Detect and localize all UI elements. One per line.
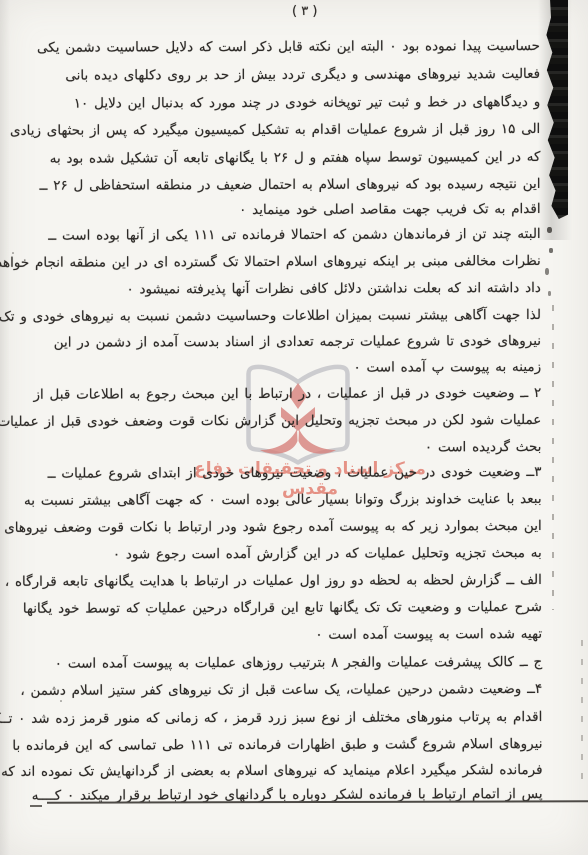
- text-line: این مبحث بموارد زیر که به پیوست آمده رجو…: [0, 516, 542, 538]
- text-line: الف ــ گزارش لحظه به لحظه دو روز اول عمل…: [5, 570, 542, 592]
- scanned-document-page: مرکز اسناد و تحقیقات دفاع مقدس ( ۳ ) حسا…: [0, 0, 588, 855]
- text-line: البته چند تن از فرماندهان دشمن که احتمال…: [48, 224, 540, 246]
- text-line: نیروهای خودی تا شروع عملیات ترجمه تعدادی…: [54, 331, 541, 353]
- text-line: ۴ــ وضعیت دشمن درحین عملیات، یک ساعت قبل…: [20, 679, 542, 701]
- text-line: فعالیت شدید نیروهای مهندسی و دیگری تردد …: [65, 64, 540, 86]
- text-line: نیروهای اسلام شروع گشت و طبق اظهارات فرم…: [12, 734, 542, 756]
- text-line: فرمانده لشکر میگیرد اعلام مینماید که نیر…: [1, 760, 542, 782]
- text-line: ۳ــ وضعیت خودی در حین عملیات ، وضعیت نیر…: [48, 462, 542, 484]
- text-line: بحث گردیده است ۰: [425, 437, 542, 457]
- text-line: حساسیت پیدا نموده بود ۰ البته این نکته ق…: [37, 36, 540, 58]
- text-line: ج ــ کالک پیشرفت عملیات والفجر ۸ بترتیب …: [55, 652, 542, 674]
- text-line: این نتیجه رسیده بود که نیروهای اسلام به …: [39, 174, 540, 196]
- text-line: الی ۱۵ روز قبل از شروع عملیات اقدام به ت…: [10, 119, 540, 141]
- text-line: ۲ ــ وضعیت خودی در قبل از عملیات ، در ار…: [33, 383, 541, 405]
- document-text-block: حساسیت پیدا نموده بود ۰ البته این نکته ق…: [0, 0, 588, 855]
- text-line: اقدام به تک فریب جهت مقاصد اصلی خود مینم…: [239, 199, 541, 220]
- text-line: تهیه شده است به پیوست آمده است ۰: [315, 624, 542, 645]
- text-line: اقدام به پرتاب منورهای مختلف از نوع سبز …: [0, 707, 542, 729]
- text-line: داد داشته اند که بعلت نداشتن دلائل کافی …: [126, 278, 541, 299]
- text-line: ببعد با عنایت خداوند بزرگ وتوانا بسیار ع…: [24, 489, 542, 511]
- text-line: به مبحث تجزیه وتحلیل عملیات که در این گز…: [113, 543, 542, 564]
- text-line: و دیدگاههای در خط و ثبت تیر توپخانه خودی…: [74, 92, 540, 114]
- text-line: لذا جهت آگاهی بیشتر نسبت بمیزان اطلاعات …: [0, 305, 541, 327]
- text-line: شرح عملیات و وضعیت تک تک یگانها تابع این…: [23, 597, 542, 619]
- text-line: نظرات مخالفی مبنی بر اینکه نیروهای اسلام…: [0, 251, 541, 273]
- text-line: زمینه به پیوست پ آمده است ۰: [353, 357, 541, 378]
- text-line: که در این کمیسیون توسط سپاه هفتم و ل ۲۶ …: [50, 147, 541, 169]
- text-line: عملیات شود لکن در مبحث تجزیه وتحلیل این …: [0, 410, 541, 432]
- bottom-scan-rule-tick: [30, 805, 42, 807]
